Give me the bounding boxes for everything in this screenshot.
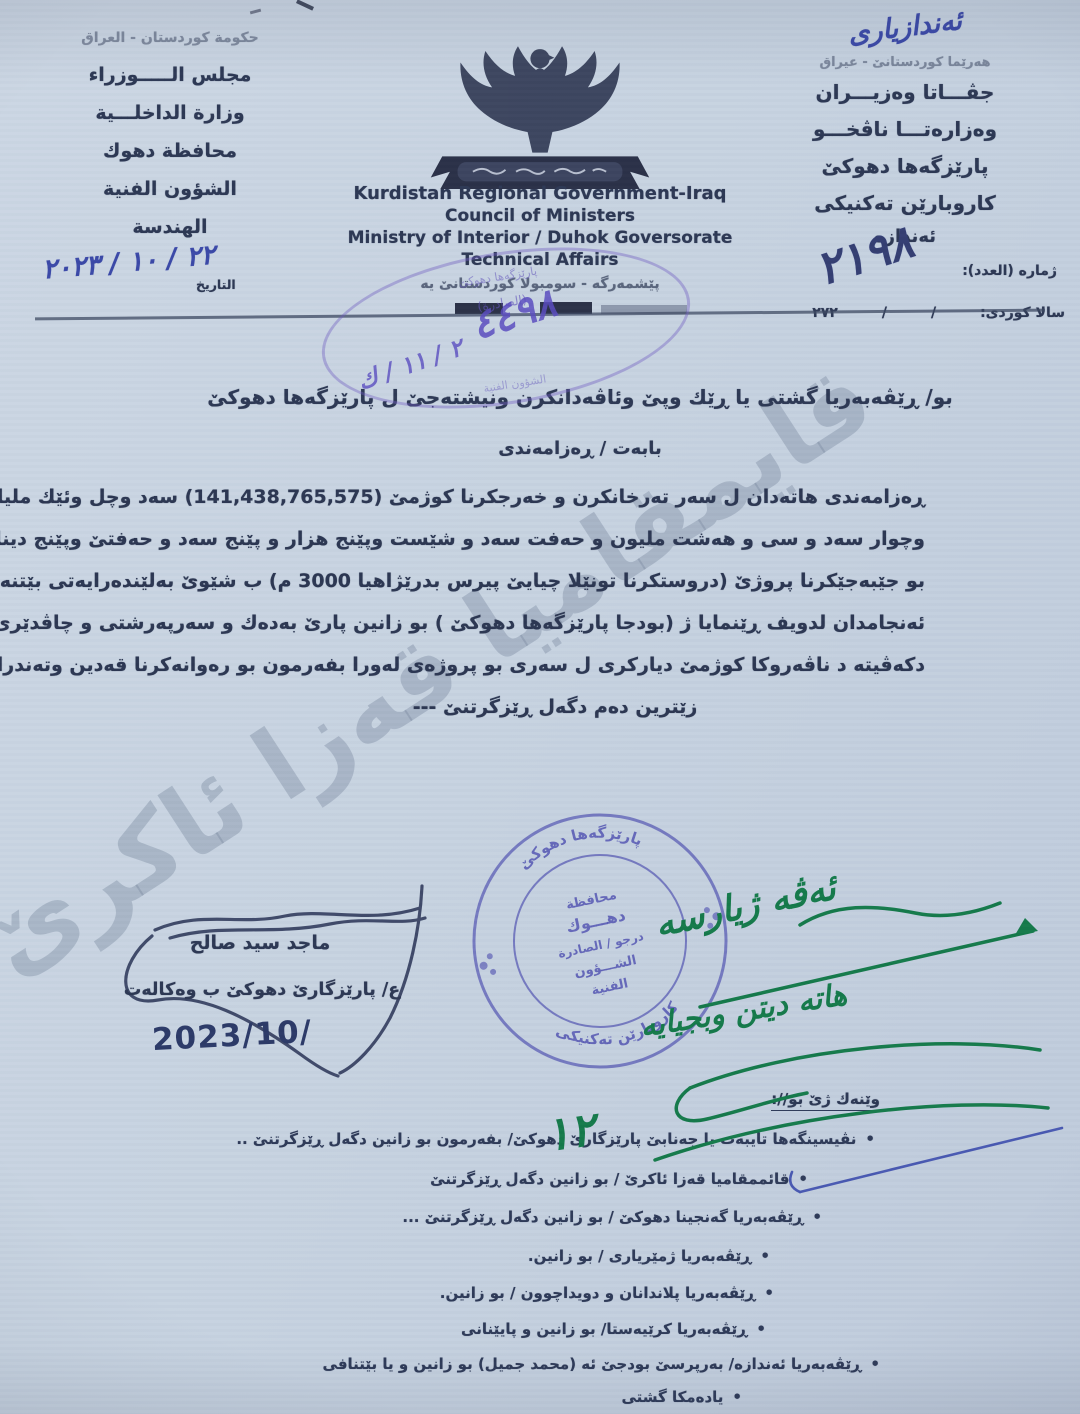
- cc-item: •ڕێڤەبەریا پلاندانان و دویداچوون / بو زا…: [440, 1284, 774, 1302]
- letterhead-right-line: وەزارەتـــا ناڤخـــو: [745, 117, 1065, 141]
- letterhead-right-line: هەرێما کوردستانێ - عیراق: [745, 55, 1065, 70]
- handwritten-routing-note: ئەندازیاری: [799, 0, 1011, 56]
- bullet-icon: •: [870, 1355, 880, 1373]
- letterhead-english-line: Ministry of Interior / Duhok Goversorate: [330, 227, 750, 249]
- cc-item: •یادەمکا گشتی: [621, 1388, 742, 1406]
- body-line: بو جێبەجێکرنا پروژێ (دروستکرنا تونێلا چی…: [125, 570, 925, 592]
- handwritten-date: ٢٢ / ١٠ / ٢٠٢٣: [41, 240, 216, 286]
- green-fraction: ١٢ / ١: [555, 1101, 604, 1172]
- krg-eagle-emblem-icon: [425, 26, 655, 190]
- body-line: ڕەزامەندی هاتەدان ل سەر تەرخانکرن و خەرج…: [125, 486, 925, 508]
- letterhead-right-block: ئەندازیاری هەرێما کوردستانێ - عیراق جڤــ…: [745, 18, 1065, 338]
- cc-item: •ڕێڤەبەریا ژمێریاری / بو زانین.: [528, 1247, 770, 1265]
- letterhead-right-line: پارێزگەها دهوکێ: [745, 154, 1065, 178]
- letterhead-english-line: Council of Ministers: [330, 205, 750, 227]
- oval-stamp-handwritten-date: ٢ / ١١ / ك: [354, 333, 467, 395]
- letterhead-left-line: الهندسة: [25, 208, 315, 246]
- scanned-letter-page: قايمقامیا قەزا ئاکرێ حكومة كوردستان - ال…: [0, 0, 1080, 1414]
- green-annotation-layer: ئەڤە ژیارسە هاتە دیتن وبجیایە ١٢ / ١: [555, 785, 1080, 1210]
- bullet-icon: •: [812, 1208, 822, 1226]
- bullet-icon: •: [764, 1284, 774, 1302]
- cc-item: •ڕێڤەبەریا کرێیەستا/ بو زانین و پایێنانی: [461, 1320, 766, 1338]
- cc-item-text: ڕێڤەبەریا کرێیەستا/ بو زانین و پایێنانی: [461, 1320, 747, 1338]
- oval-stamp-handwritten-number: ٤٤٩٨: [466, 280, 562, 349]
- bullet-icon: •: [760, 1247, 770, 1265]
- cc-item: •ڕێڤەبەریا گەنجینا دهوکێ / بو زانین دگەل…: [402, 1208, 822, 1226]
- green-note-line2: هاتە دیتن وبجیایە: [638, 977, 850, 1044]
- letterhead-left-line: مجلس الـــــوزراء: [25, 56, 315, 94]
- letterhead-left-block: حكومة كوردستان - العراق مجلس الـــــوزرا…: [25, 30, 315, 246]
- letterhead-left-line: حكومة كوردستان - العراق: [25, 30, 315, 46]
- body-line: ئەنجامدان لدویف ڕێنمایا ژ (بودجا پارێزگە…: [125, 612, 925, 634]
- scan-artifact-mark: [296, 0, 314, 11]
- letterhead-left-line: محافظة دهوك: [25, 132, 315, 170]
- signer-name: ماجد سيد صالح: [140, 932, 380, 954]
- cc-item-text: یادەمکا گشتی: [621, 1388, 723, 1406]
- cc-item-text: ڕێڤەبەریا ژمێریاری / بو زانین.: [528, 1247, 752, 1265]
- scan-artifact-mark: [250, 9, 261, 15]
- body-closing-line: زێترین دەم دگەل ڕێزگرتنێ ---: [125, 696, 925, 718]
- cc-item: •ڕێڤەبەریا ئەندازە/ بەرپرسێ بودجێ ئە (مح…: [323, 1355, 880, 1373]
- bullet-icon: •: [756, 1320, 766, 1338]
- letterhead-left-line: وزارة الداخلـــية: [25, 94, 315, 132]
- subject-line: بابەت / ڕەزامەندی: [180, 438, 980, 459]
- letterhead-english-line: Kurdistan Regional Government-Iraq: [330, 183, 750, 205]
- kurdish-year-label: سالا کوردی:: [980, 305, 1065, 321]
- signer-title: ع/ پارێزگارێ دهوکێ ب وەکالەت: [102, 980, 422, 1000]
- number-label: ژمارە (العدد):: [962, 263, 1057, 279]
- green-note-line1: ئەڤە ژیارسە: [651, 866, 843, 946]
- cc-item-text: ڕێڤەبەریا پلاندانان و دویداچوون / بو زان…: [440, 1284, 756, 1302]
- cc-item-text: ڕێڤەبەریا گەنجینا دهوکێ / بو زانین دگەل …: [402, 1208, 803, 1226]
- cc-item-text: ڕێڤەبەریا ئەندازە/ بەرپرسێ بودجێ ئە (محم…: [323, 1355, 862, 1373]
- body-line: وچوار سەد و سی و هەشت ملیون و حەفت سەد و…: [125, 528, 925, 550]
- letterhead-right-line: جڤـــاتا وەزیـــران: [745, 80, 1065, 104]
- letterhead-left-line: الشؤون الفنية: [25, 170, 315, 208]
- letterhead-right-line: کاروبارێن تەکنیکی: [745, 191, 1065, 215]
- green-arrowhead: [1015, 918, 1038, 935]
- slash-separator: /: [931, 305, 936, 321]
- date-label: التاريخ: [196, 277, 236, 292]
- body-line: دکەڤیته د ناڤەروکا کوژمێ دیارکری ل سەری …: [125, 654, 925, 676]
- bullet-icon: •: [732, 1388, 742, 1406]
